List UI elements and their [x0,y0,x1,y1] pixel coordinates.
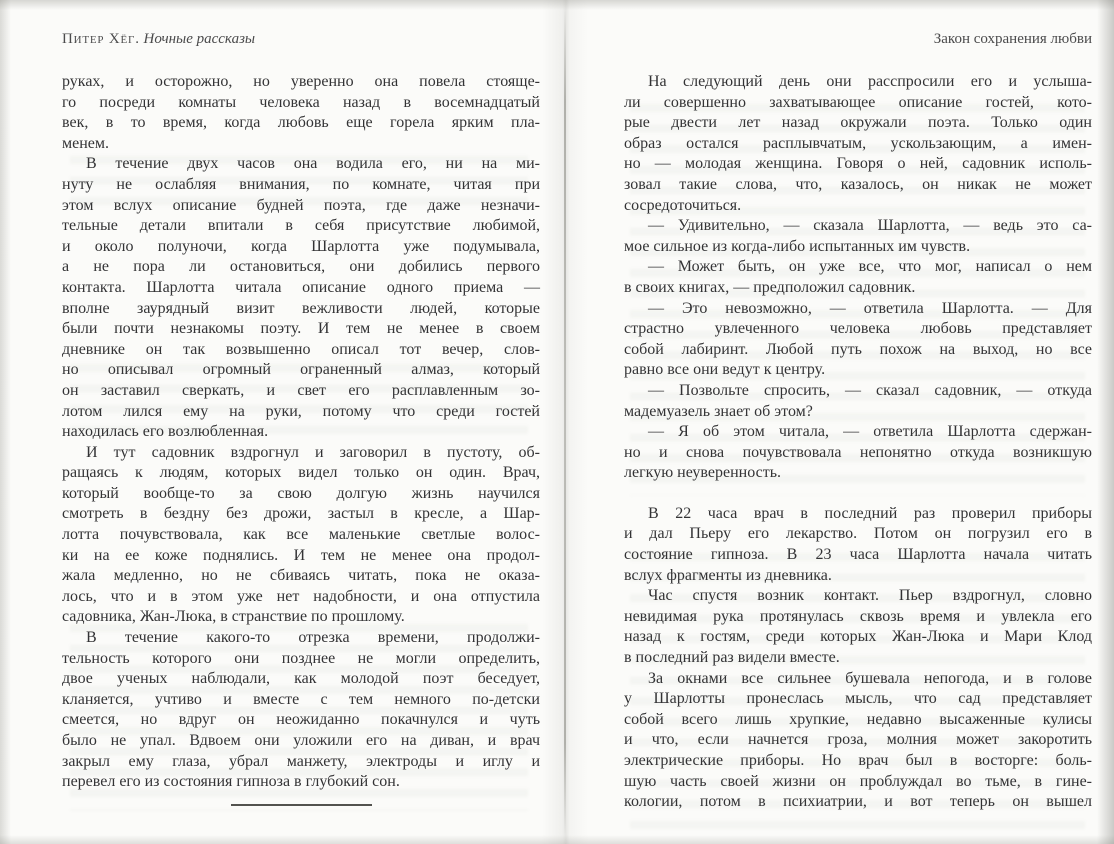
text-line: В течение двух часов она водила его, ни … [62,154,540,175]
text-line: смотреть в бездну без дрожи, застыл в кр… [62,504,540,525]
text-line: образ остался расплывчатым, ускользающим… [624,134,1092,155]
text-line: этом вслух описание будней поэта, где да… [62,196,540,217]
paragraph: Час спустя возник контакт. Пьер вздрогну… [624,586,1092,668]
paragraph: На следующий день они расспросили его и … [624,72,1092,216]
text-line: кологии, потом в психиатрии, и вот тепер… [624,792,1092,813]
text-line: зовал такие слова, что, казалось, он ник… [624,175,1092,196]
text-line: шую часть своей жизни он проблуждал во т… [624,772,1092,793]
text-line: находилась его возлюбленная. [62,422,540,443]
text-line: го посреди комнаты человека назад в восе… [62,93,540,114]
text-line: в своих книгах, — предположил садовник. [624,278,1092,299]
text-line: у Шарлотты пронеслась мысль, что сад пре… [624,689,1092,710]
text-line: — Это невозможно, — ответила Шарлотта. —… [624,299,1092,320]
text-line: контакта. Шарлотта читала описание одног… [62,278,540,299]
text-line: И тут садовник вздрогнул и заговорил в п… [62,443,540,464]
scan-edge-right [1097,0,1114,844]
text-line: но и снова почувствовала непонятно откуд… [624,443,1092,464]
text-line: двое ученых наблюдали, как молодой поэт … [62,669,540,690]
text-line: На следующий день они расспросили его и … [624,72,1092,93]
text-line: который вообще-то за свою долгую жизнь н… [62,484,540,505]
story-title: Закон сохранения любви [934,31,1092,47]
text-line: страстно увлеченного человека любовь пре… [624,319,1092,340]
text-line: он заставил сверкать, и свет его расплав… [62,381,540,402]
text-line: лотом лился ему на руки, потому что сред… [62,402,540,423]
text-line: равно все они ведут к центру. [624,360,1092,381]
text-line: — Удивительно, — сказала Шарлотта, — вед… [624,216,1092,237]
text-line: мое сильное из когда-либо испытанных им … [624,237,1092,258]
paragraph: — Удивительно, — сказала Шарлотта, — вед… [624,216,1092,257]
text-line: — Позвольте спросить, — сказал садовник,… [624,381,1092,402]
text-line: мадемуазель знает об этом? [624,402,1092,423]
text-line: менем. [62,134,540,155]
text-line: — Я об этом читала, — ответила Шарлотта … [624,422,1092,443]
paragraph: — Может быть, он уже все, что мог, напис… [624,257,1092,298]
book-spine-line [564,0,566,844]
text-line: собой всего лишь хрупкие, недавно высаже… [624,710,1092,731]
text-line: век, в то время, когда любовь еще горела… [62,113,540,134]
paragraph: В течение двух часов она водила его, ни … [62,154,540,442]
text-line: назад к гостям, среди которых Жан-Люка и… [624,627,1092,648]
text-line: Час спустя возник контакт. Пьер вздрогну… [624,586,1092,607]
text-line: рые двести лет назад окружали поэта. Тол… [624,113,1092,134]
text-line: собой лабиринт. Любой путь похож на выхо… [624,340,1092,361]
text-line: В течение какого-то отрезка времени, про… [62,628,540,649]
paragraph: — Я об этом читала, — ответила Шарлотта … [624,422,1092,484]
running-header-left: Питер Хёг. Ночные рассказы [62,31,255,48]
text-line: и дал Пьеру его лекарство. Потом он погр… [624,524,1092,545]
text-line: и около полуночи, когда Шарлотта уже под… [62,237,540,258]
book-title: Ночные рассказы [144,31,256,47]
text-line: но описывал огромный ограненный алмаз, к… [62,360,540,381]
text-line: ращаясь к людям, которых видел только он… [62,463,540,484]
paragraph: — Позвольте спросить, — сказал садовник,… [624,381,1092,422]
text-line: садовника, Жан-Люка, в странствие по про… [62,607,540,628]
book-gutter-shadow [542,0,588,844]
text-line: лотта почувствовала, как все маленькие с… [62,525,540,546]
text-line: но — молодая женщина. Говоря о ней, садо… [624,154,1092,175]
right-page-text: На следующий день они расспросили его и … [624,72,1092,813]
text-line: нуту не ослабляя внимания, по комнате, ч… [62,175,540,196]
text-line: электрические приборы. Но врач был в вос… [624,751,1092,772]
text-line: руках, и осторожно, но уверенно она пове… [62,72,540,93]
text-line: в последний раз видели вместе. [624,648,1092,669]
paragraph: В 22 часа врач в последний раз проверил … [624,504,1092,586]
paragraph: руках, и осторожно, но уверенно она пове… [62,72,540,154]
text-line: вполне заурядный визит вежливости людей,… [62,299,540,320]
text-line: тельность которого они позднее не могли … [62,649,540,670]
text-line: перевел его из состояния гипноза в глубо… [62,772,540,793]
text-line: было не упал. Вдвоем они уложили его на … [62,731,540,752]
text-line: — Может быть, он уже все, что мог, напис… [624,257,1092,278]
section-divider [231,804,372,806]
text-line: тельные детали впитали в себя присутстви… [62,216,540,237]
text-line: а не пора ли остановиться, они добились … [62,257,540,278]
book-spread: Питер Хёг. Ночные рассказы руках, и осто… [0,0,1114,844]
text-line: вслух фрагменты из дневника. [624,566,1092,587]
author-name: Питер Хёг. [62,31,140,47]
text-line: невидимая рука протянулась сквозь время … [624,607,1092,628]
text-line: ли совершенно захватывающее описание гос… [624,93,1092,114]
paragraph: За окнами все сильнее бушевала непогода,… [624,669,1092,813]
text-line: были почти незнакомы поэту. И тем не мен… [62,319,540,340]
text-line: За окнами все сильнее бушевала непогода,… [624,669,1092,690]
text-line: В 22 часа врач в последний раз проверил … [624,504,1092,525]
paragraph: — Это невозможно, — ответила Шарлотта. —… [624,299,1092,381]
text-line: лось, что и в этом уже нет надобности, и… [62,587,540,608]
text-line: состояние гипноза. В 23 часа Шарлотта на… [624,545,1092,566]
text-line: жала медленно, но не сбиваясь читать, по… [62,566,540,587]
running-header-right: Закон сохранения любви [624,31,1092,48]
scan-edge-top [0,0,1114,10]
scan-edge-bottom [0,835,1114,844]
scan-edge-left [0,0,11,844]
paragraph: В течение какого-то отрезка времени, про… [62,628,540,793]
text-line: и что, если начнется гроза, молния может… [624,730,1092,751]
text-line: легкую неуверенность. [624,463,1092,484]
paragraph: И тут садовник вздрогнул и заговорил в п… [62,443,540,628]
text-line: дневнике он так возвышенно описал тот ве… [62,340,540,361]
text-line: кланяется, учтиво и вместе с тем немного… [62,690,540,711]
text-line: ки на ее коже поднялись. И тем не менее … [62,546,540,567]
left-page-text: руках, и осторожно, но уверенно она пове… [62,72,540,806]
text-line: смеется, но вдруг он неожиданно покачнул… [62,710,540,731]
text-line: закрыл ему глаза, убрал манжету, электро… [62,752,540,773]
text-line: сосредоточиться. [624,196,1092,217]
